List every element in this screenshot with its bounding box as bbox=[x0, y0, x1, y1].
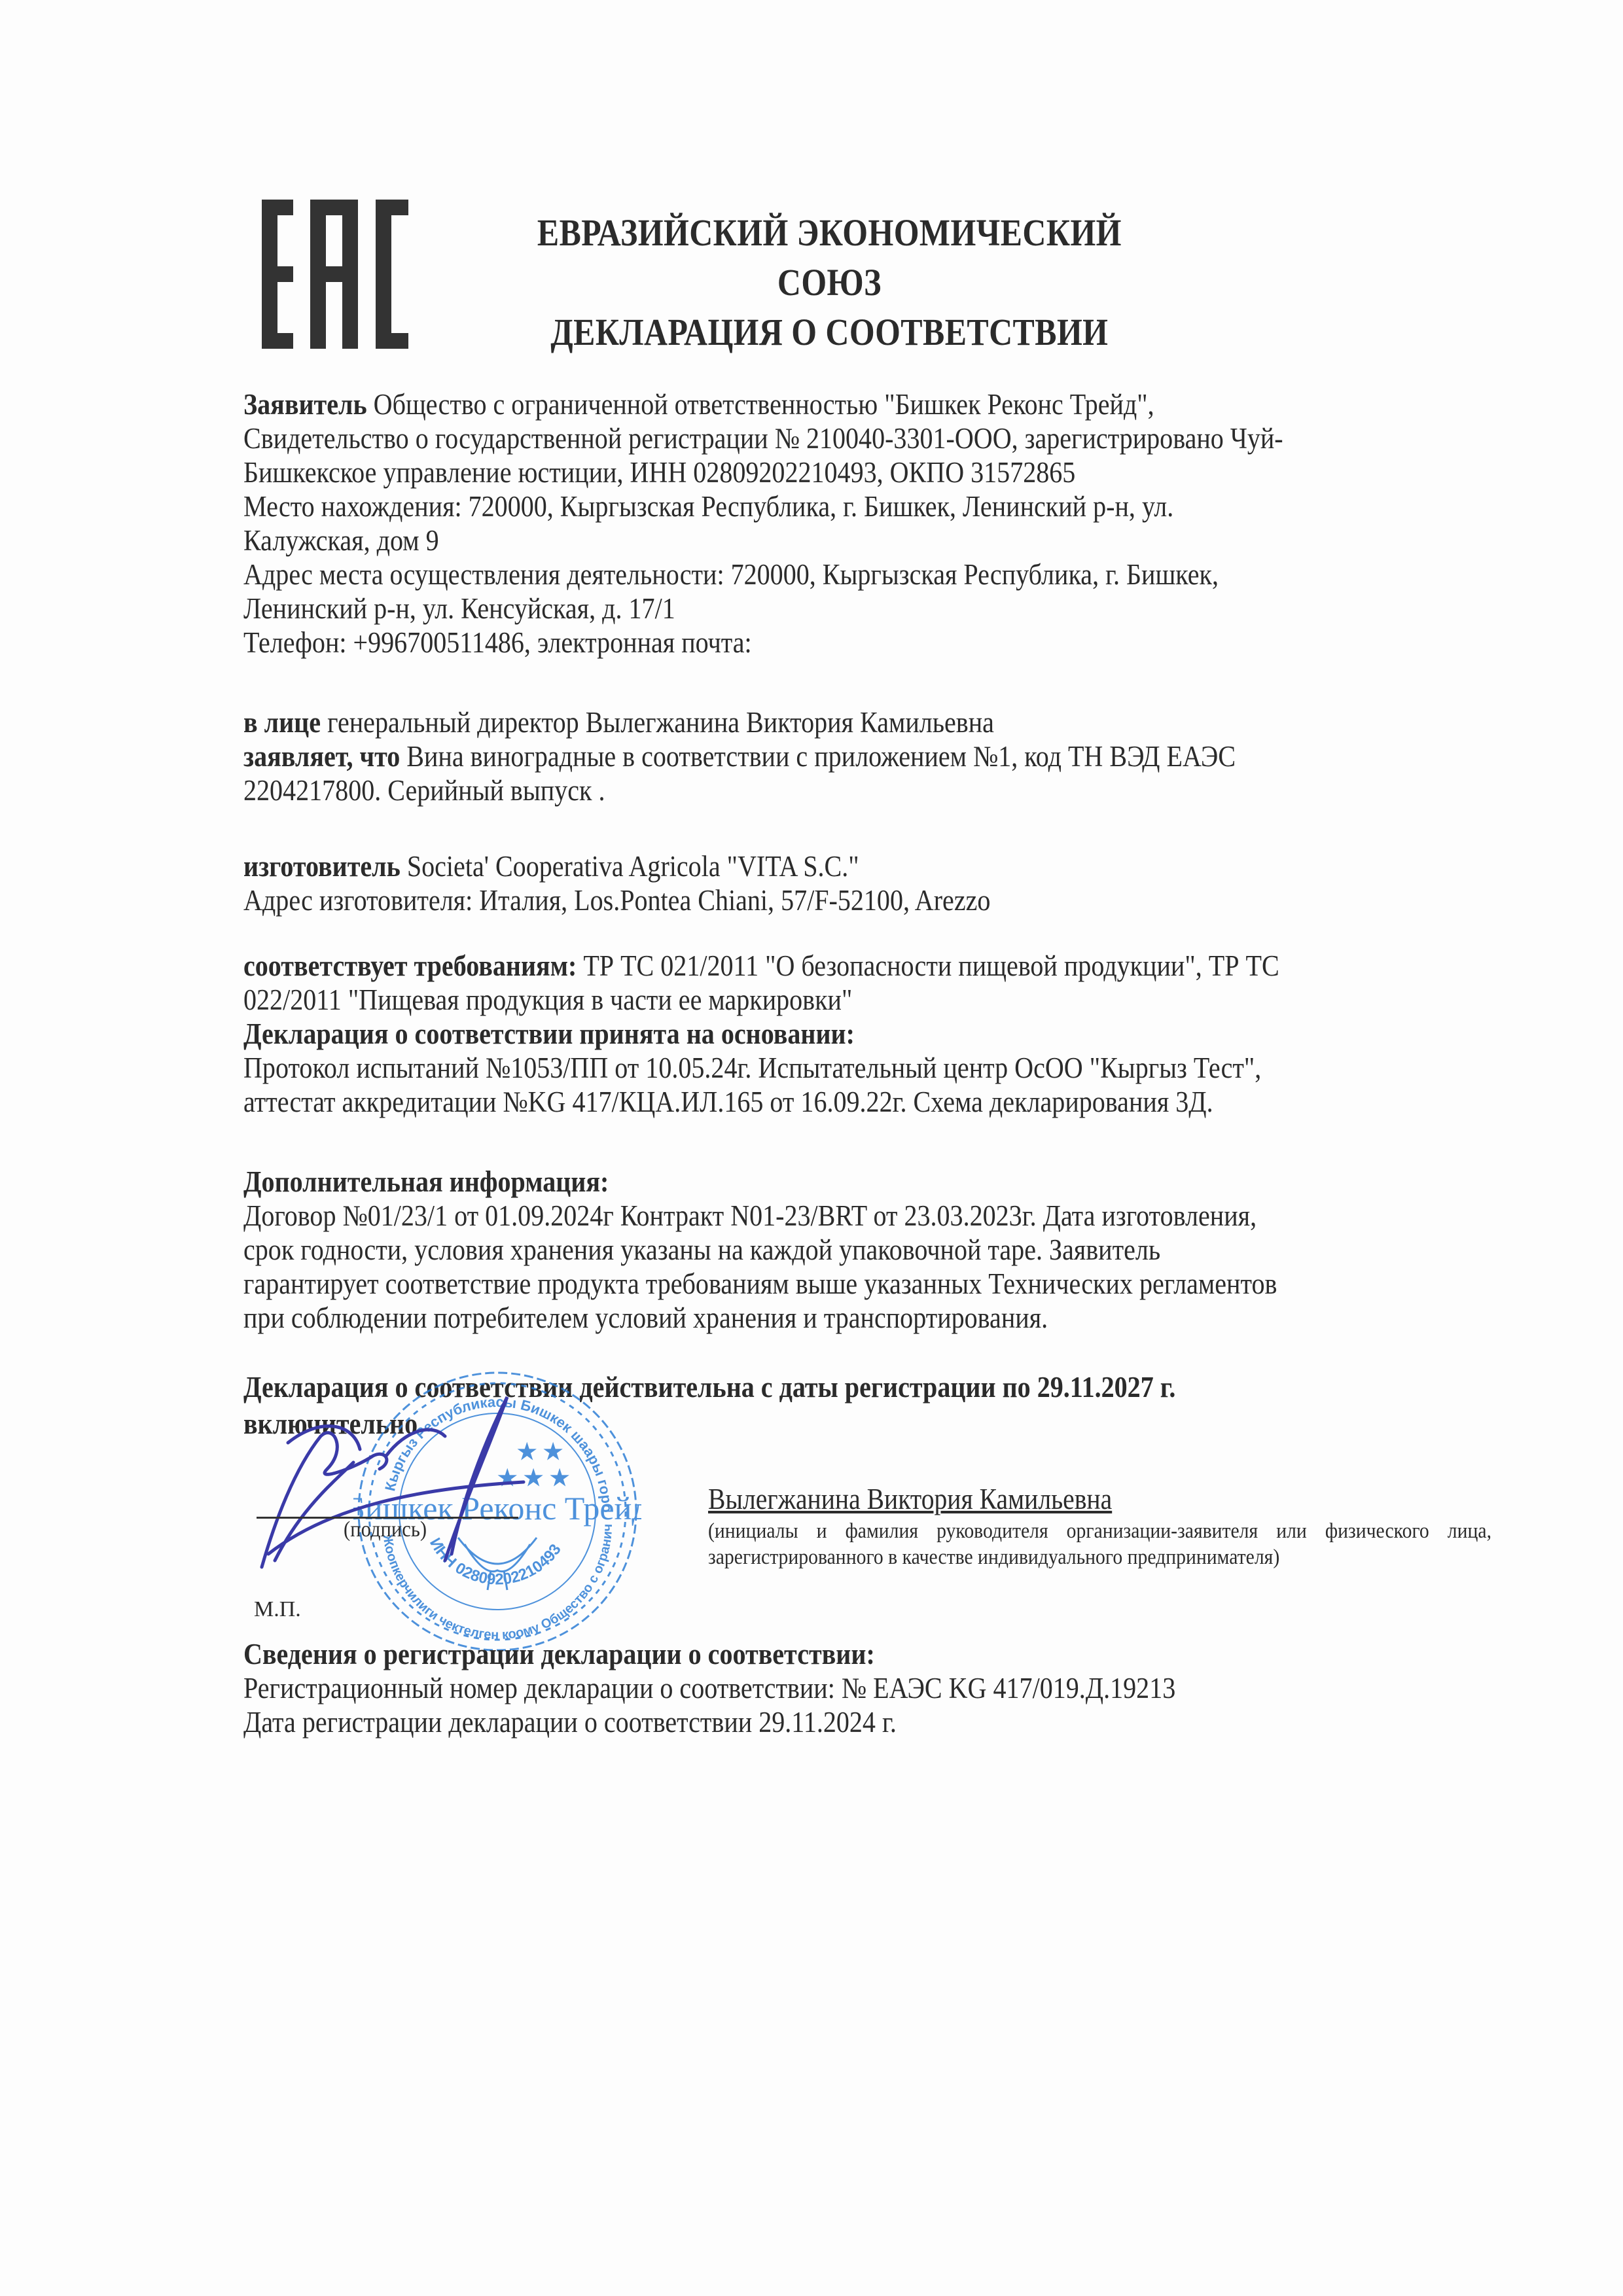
requirements-label: соответствует требованиям: bbox=[243, 949, 577, 982]
additional-info-line: Договор №01/23/1 от 01.09.2024г Контракт… bbox=[243, 1199, 1350, 1233]
representative-label: в лице bbox=[243, 706, 321, 739]
applicant-inn: Бишкекское управление юстиции, ИНН 02809… bbox=[243, 455, 1350, 489]
additional-info-section: Дополнительная информация: Договор №01/2… bbox=[243, 1165, 1350, 1335]
applicant-name: Общество с ограниченной ответственностью… bbox=[367, 388, 1154, 421]
basis-accreditation: аттестат аккредитации №KG 417/КЦА.ИЛ.165… bbox=[243, 1085, 1350, 1119]
seal-mark: М.П. bbox=[254, 1597, 301, 1623]
requirements-text-cont: 022/2011 "Пищевая продукция в части ее м… bbox=[243, 983, 1350, 1017]
applicant-registration: Свидетельство о государственной регистра… bbox=[243, 421, 1350, 455]
declaration-subject: в лице генеральный директор Вылегжанина … bbox=[243, 705, 1350, 807]
representative-caption: (инициалы и фамилия руководителя организ… bbox=[708, 1518, 1491, 1570]
product-description: Вина виноградные в соответствии с прилож… bbox=[400, 740, 1236, 773]
eac-logo bbox=[262, 200, 408, 349]
document-title: ЕВРАЗИЙСКИЙ ЭКОНОМИЧЕСКИЙ СОЮЗ ДЕКЛАРАЦИ… bbox=[497, 208, 1162, 357]
requirements-text: ТР ТС 021/2011 "О безопасности пищевой п… bbox=[577, 949, 1279, 982]
product-code: 2204217800. Серийный выпуск . bbox=[243, 773, 1350, 807]
title-union: ЕВРАЗИЙСКИЙ ЭКОНОМИЧЕСКИЙ СОЮЗ bbox=[497, 208, 1162, 308]
additional-info-line: гарантирует соответствие продукта требов… bbox=[243, 1267, 1350, 1301]
manufacturer-section: изготовитель Societa' Cooperativa Agrico… bbox=[243, 849, 1350, 917]
applicant-activity-address-cont: Ленинский р-н, ул. Кенсуйская, д. 17/1 bbox=[243, 592, 1350, 626]
requirements-section: соответствует требованиям: ТР ТС 021/201… bbox=[243, 949, 1350, 1119]
manufacturer-name: Societa' Cooperativa Agricola "VITA S.C.… bbox=[401, 850, 859, 883]
registration-label: Сведения о регистрации декларации о соот… bbox=[243, 1637, 1350, 1671]
applicant-location-cont: Калужская, дом 9 bbox=[243, 523, 1350, 557]
registration-date: Дата регистрации декларации о соответств… bbox=[243, 1705, 1350, 1739]
registration-section: Сведения о регистрации декларации о соот… bbox=[243, 1637, 1350, 1739]
basis-protocol: Протокол испытаний №1053/ПП от 10.05.24г… bbox=[243, 1051, 1350, 1085]
additional-info-label: Дополнительная информация: bbox=[243, 1165, 1350, 1199]
representative-text: генеральный директор Вылегжанина Виктори… bbox=[321, 706, 994, 739]
applicant-contacts: Телефон: +996700511486, электронная почт… bbox=[243, 626, 1350, 660]
declares-label: заявляет, что bbox=[243, 740, 400, 773]
applicant-location: Место нахождения: 720000, Кыргызская Рес… bbox=[243, 489, 1350, 523]
signature-caption: (подпись) bbox=[344, 1517, 427, 1543]
title-declaration: ДЕКЛАРАЦИЯ О СООТВЕТСТВИИ bbox=[497, 308, 1162, 357]
representative-name: Вылегжанина Виктория Камильевна bbox=[708, 1482, 1112, 1516]
applicant-section: Заявитель Общество с ограниченной ответс… bbox=[243, 387, 1350, 660]
applicant-label: Заявитель bbox=[243, 388, 367, 421]
basis-label: Декларация о соответствии принята на осн… bbox=[243, 1017, 1350, 1051]
manufacturer-address: Адрес изготовителя: Италия, Los.Pontea C… bbox=[243, 883, 1350, 917]
additional-info-line: срок годности, условия хранения указаны … bbox=[243, 1233, 1350, 1267]
applicant-activity-address: Адрес места осуществления деятельности: … bbox=[243, 557, 1350, 592]
additional-info-line: при соблюдении потребителем условий хран… bbox=[243, 1301, 1350, 1335]
handwritten-signature bbox=[249, 1390, 530, 1574]
manufacturer-label: изготовитель bbox=[243, 850, 401, 883]
registration-number: Регистрационный номер декларации о соотв… bbox=[243, 1671, 1350, 1705]
